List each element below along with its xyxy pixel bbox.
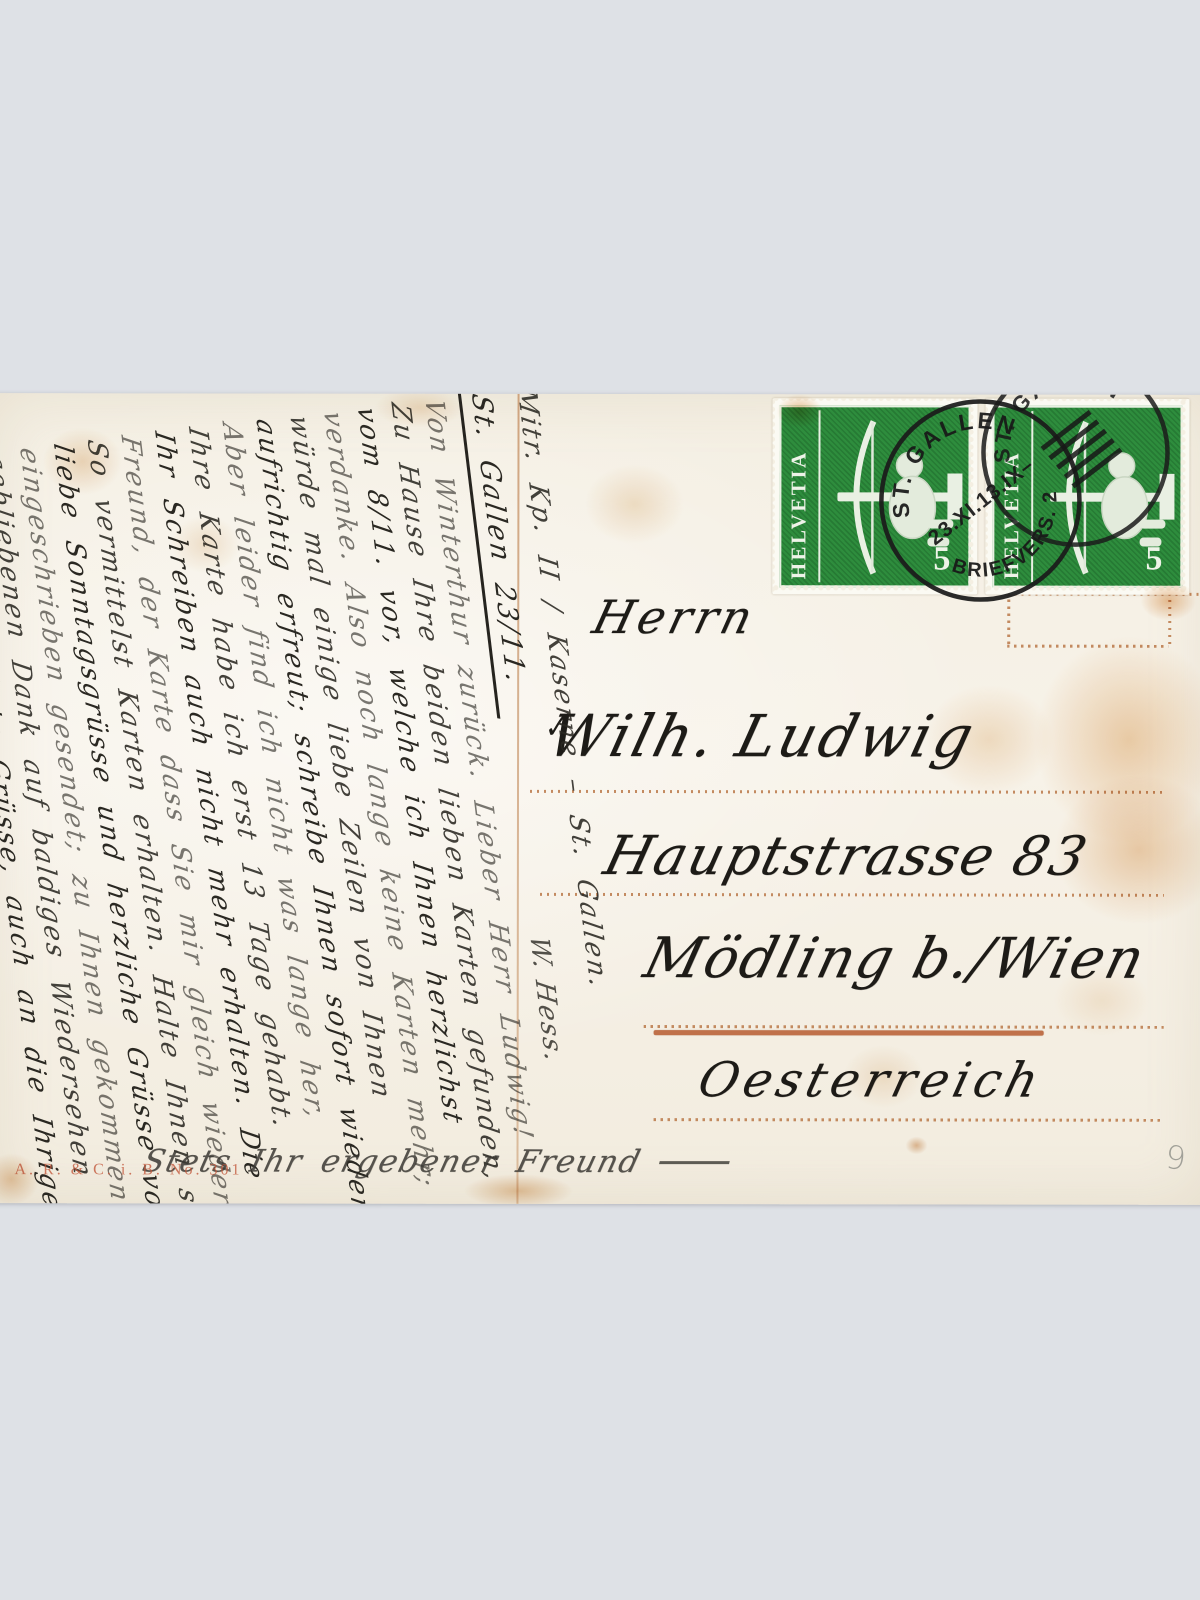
stamp-box-bottom	[1007, 645, 1168, 648]
address-guide-line-1	[530, 790, 1164, 794]
address-guide-line-4	[654, 1118, 1162, 1122]
address-guide-line-3	[644, 1025, 1164, 1029]
stain	[584, 464, 684, 544]
stain	[1034, 635, 1200, 845]
postmark-killer-bars	[1038, 408, 1125, 490]
scanned-postcard-photo: { "postcard": { "side": "address-and-mes…	[0, 0, 1200, 1600]
message-block: Mitr. Kp. II / Kaserne – St. Gallen. St.…	[0, 393, 646, 1205]
address-underline-orange	[654, 1030, 1044, 1036]
address-street: Hauptstrasse 83	[598, 824, 1095, 888]
address-name: Wilh. Ludwig	[542, 702, 983, 771]
address-country: Oesterreich	[693, 1052, 1050, 1108]
postcard: HELVETIA 5 HELVETIA 5	[0, 393, 1200, 1205]
address-city: Mödling b./Wien	[638, 926, 1153, 992]
postmark-date: 23.XI.13.IX–	[924, 453, 1039, 550]
address-guide-line-2	[540, 893, 1164, 897]
address-salutation: Herrn	[587, 590, 761, 644]
printer-mark: A. R. & C. i. B. No. 301	[14, 1161, 242, 1179]
postmark-stamp-cancel: ST. GALLEN BRIEFVERS. 2 23.XI.13.IX– ST.…	[840, 393, 1200, 645]
pencil-note: 9	[1164, 1138, 1188, 1178]
stain	[906, 1136, 928, 1154]
signature-flourish	[659, 1161, 730, 1164]
